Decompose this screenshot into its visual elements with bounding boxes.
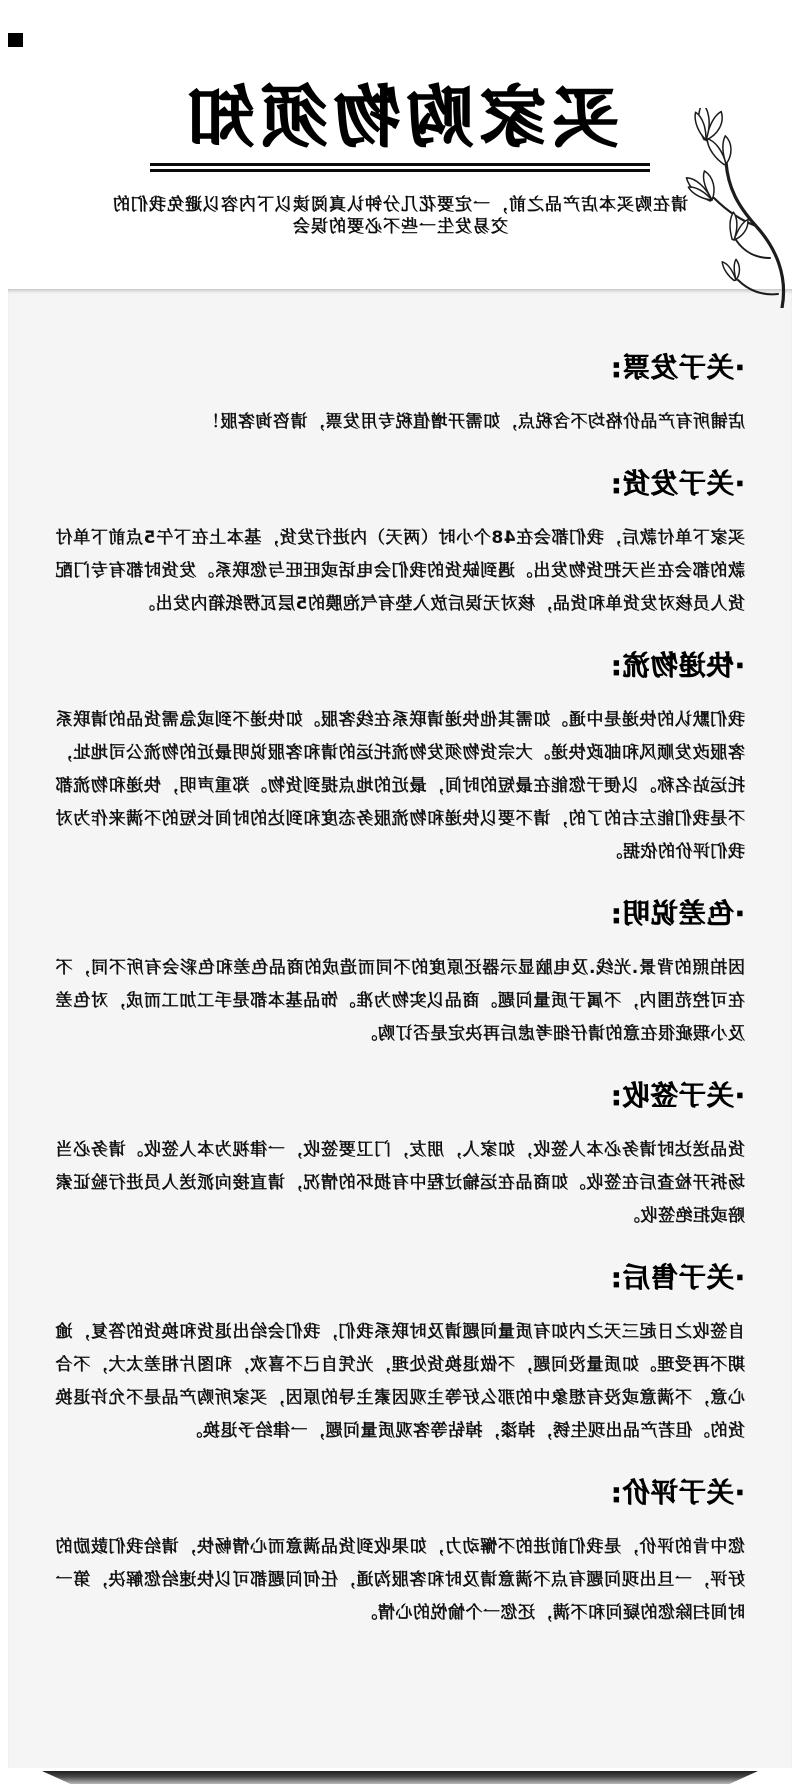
section-logistics: ·快递物流: 我们默认的快递是中通。如需其他快递请联系在线客服。如快递不到或急需… (55, 651, 745, 869)
page-header: 买家购物须知 请在购买本店产品之前，一定要花几分钟认真阅读以下内容以避免我们的 … (0, 0, 800, 289)
page-bottom-shadow (42, 1771, 758, 1784)
section-invoice-body: 店铺所有产品价格均不含税点，如需开增值税专用发票，请咨询客服！ (55, 406, 745, 439)
section-logistics-title: ·快递物流: (55, 651, 745, 682)
section-invoice: ·关于发票: 店铺所有产品价格均不含税点，如需开增值税专用发票，请咨询客服！ (55, 353, 745, 439)
section-review-title: ·关于评价: (55, 1478, 745, 1509)
section-shipping-body: 买家下单付款后，我们都会在48个小时（两天）内进行发货，基本上在下午5点前下单付… (55, 522, 745, 621)
section-sign-receipt-title: ·关于签收: (55, 1081, 745, 1112)
mirrored-canvas: 买家购物须知 请在购买本店产品之前，一定要花几分钟认真阅读以下内容以避免我们的 … (0, 0, 800, 1790)
title-underline (150, 163, 650, 175)
section-logistics-body: 我们默认的快递是中通。如需其他快递请联系在线客服。如快递不到或急需货品的请联系客… (55, 704, 745, 869)
section-color-difference-title: ·色差说明: (55, 899, 745, 930)
notice-card: ·关于发票: 店铺所有产品价格均不含税点，如需开增值税专用发票，请咨询客服！ ·… (8, 289, 792, 1768)
magnolia-branch-icon (646, 108, 798, 308)
section-invoice-title: ·关于发票: (55, 353, 745, 384)
section-sign-receipt-body: 货品送达时请务必本人签收，如家人，朋友，门卫要签收，一律视为本人签收。请务必当场… (55, 1134, 745, 1233)
section-shipping: ·关于发货: 买家下单付款后，我们都会在48个小时（两天）内进行发货，基本上在下… (55, 469, 745, 621)
section-review: ·关于评价: 您中肯的评价，是我们前进的不懈动力，如果收到货品满意而心情畅快，请… (55, 1478, 745, 1630)
section-color-difference-body: 因拍照的背景.光线.及电脑显示器还原度的不同而造成的商品色差和色彩会有所不同，不… (55, 952, 745, 1051)
section-after-sales-body: 自签收之日起三天之内如有质量问题请及时联系我们，我们会给出退货和换货的答复，逾期… (55, 1316, 745, 1448)
section-after-sales: ·关于售后: 自签收之日起三天之内如有质量问题请及时联系我们，我们会给出退货和换… (55, 1263, 745, 1448)
section-review-body: 您中肯的评价，是我们前进的不懈动力，如果收到货品满意而心情畅快，请给我们鼓励的好… (55, 1531, 745, 1630)
section-shipping-title: ·关于发货: (55, 469, 745, 500)
section-after-sales-title: ·关于售后: (55, 1263, 745, 1294)
section-color-difference: ·色差说明: 因拍照的背景.光线.及电脑显示器还原度的不同而造成的商品色差和色彩… (55, 899, 745, 1051)
shopping-notice-page: 买家购物须知 请在购买本店产品之前，一定要花几分钟认真阅读以下内容以避免我们的 … (0, 0, 800, 1790)
section-sign-receipt: ·关于签收: 货品送达时请务必本人签收，如家人，朋友，门卫要签收，一律视为本人签… (55, 1081, 745, 1233)
black-square-mark (8, 33, 23, 47)
